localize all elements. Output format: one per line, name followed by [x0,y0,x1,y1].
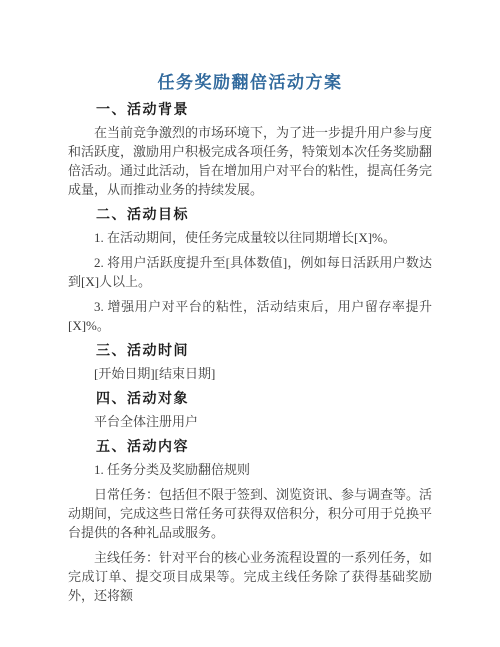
paragraph: 在当前竞争激烈的市场环境下，为了进一步提升用户参与度和活跃度，激励用户积极完成各… [68,123,432,199]
paragraph: 平台全体注册用户 [68,412,432,431]
paragraph: 日常任务：包括但不限于签到、浏览资讯、参与调查等。活动期间，完成这些日常任务可获… [68,485,432,542]
paragraph: 3. 增强用户对平台的粘性，活动结束后，用户留存率提升[X]%。 [68,297,432,335]
section-activity-goals: 二、活动目标 1. 在活动期间，使任务完成量较以往同期增长[X]%。 2. 将用… [68,205,432,335]
document-page: 任务奖励翻倍活动方案 一、活动背景 在当前竞争激烈的市场环境下，为了进一步提升用… [0,0,500,647]
section-activity-audience: 四、活动对象 平台全体注册用户 [68,389,432,431]
document-title: 任务奖励翻倍活动方案 [68,72,432,94]
section-heading: 五、活动内容 [68,437,432,456]
paragraph: 1. 在活动期间，使任务完成量较以往同期增长[X]%。 [68,228,432,247]
section-activity-background: 一、活动背景 在当前竞争激烈的市场环境下，为了进一步提升用户参与度和活跃度，激励… [68,100,432,199]
section-activity-content: 五、活动内容 1. 任务分类及奖励翻倍规则 日常任务：包括但不限于签到、浏览资讯… [68,437,432,605]
section-heading: 二、活动目标 [68,205,432,224]
section-activity-time: 三、活动时间 [开始日期][结束日期] [68,341,432,383]
section-heading: 一、活动背景 [68,100,432,119]
paragraph: 2. 将用户活跃度提升至[具体数值]，例如每日活跃用户数达到[X]人以上。 [68,253,432,291]
section-heading: 三、活动时间 [68,341,432,360]
section-heading: 四、活动对象 [68,389,432,408]
paragraph: 1. 任务分类及奖励翻倍规则 [68,460,432,479]
paragraph: [开始日期][结束日期] [68,364,432,383]
paragraph: 主线任务：针对平台的核心业务流程设置的一系列任务，如完成订单、提交项目成果等。完… [68,548,432,605]
